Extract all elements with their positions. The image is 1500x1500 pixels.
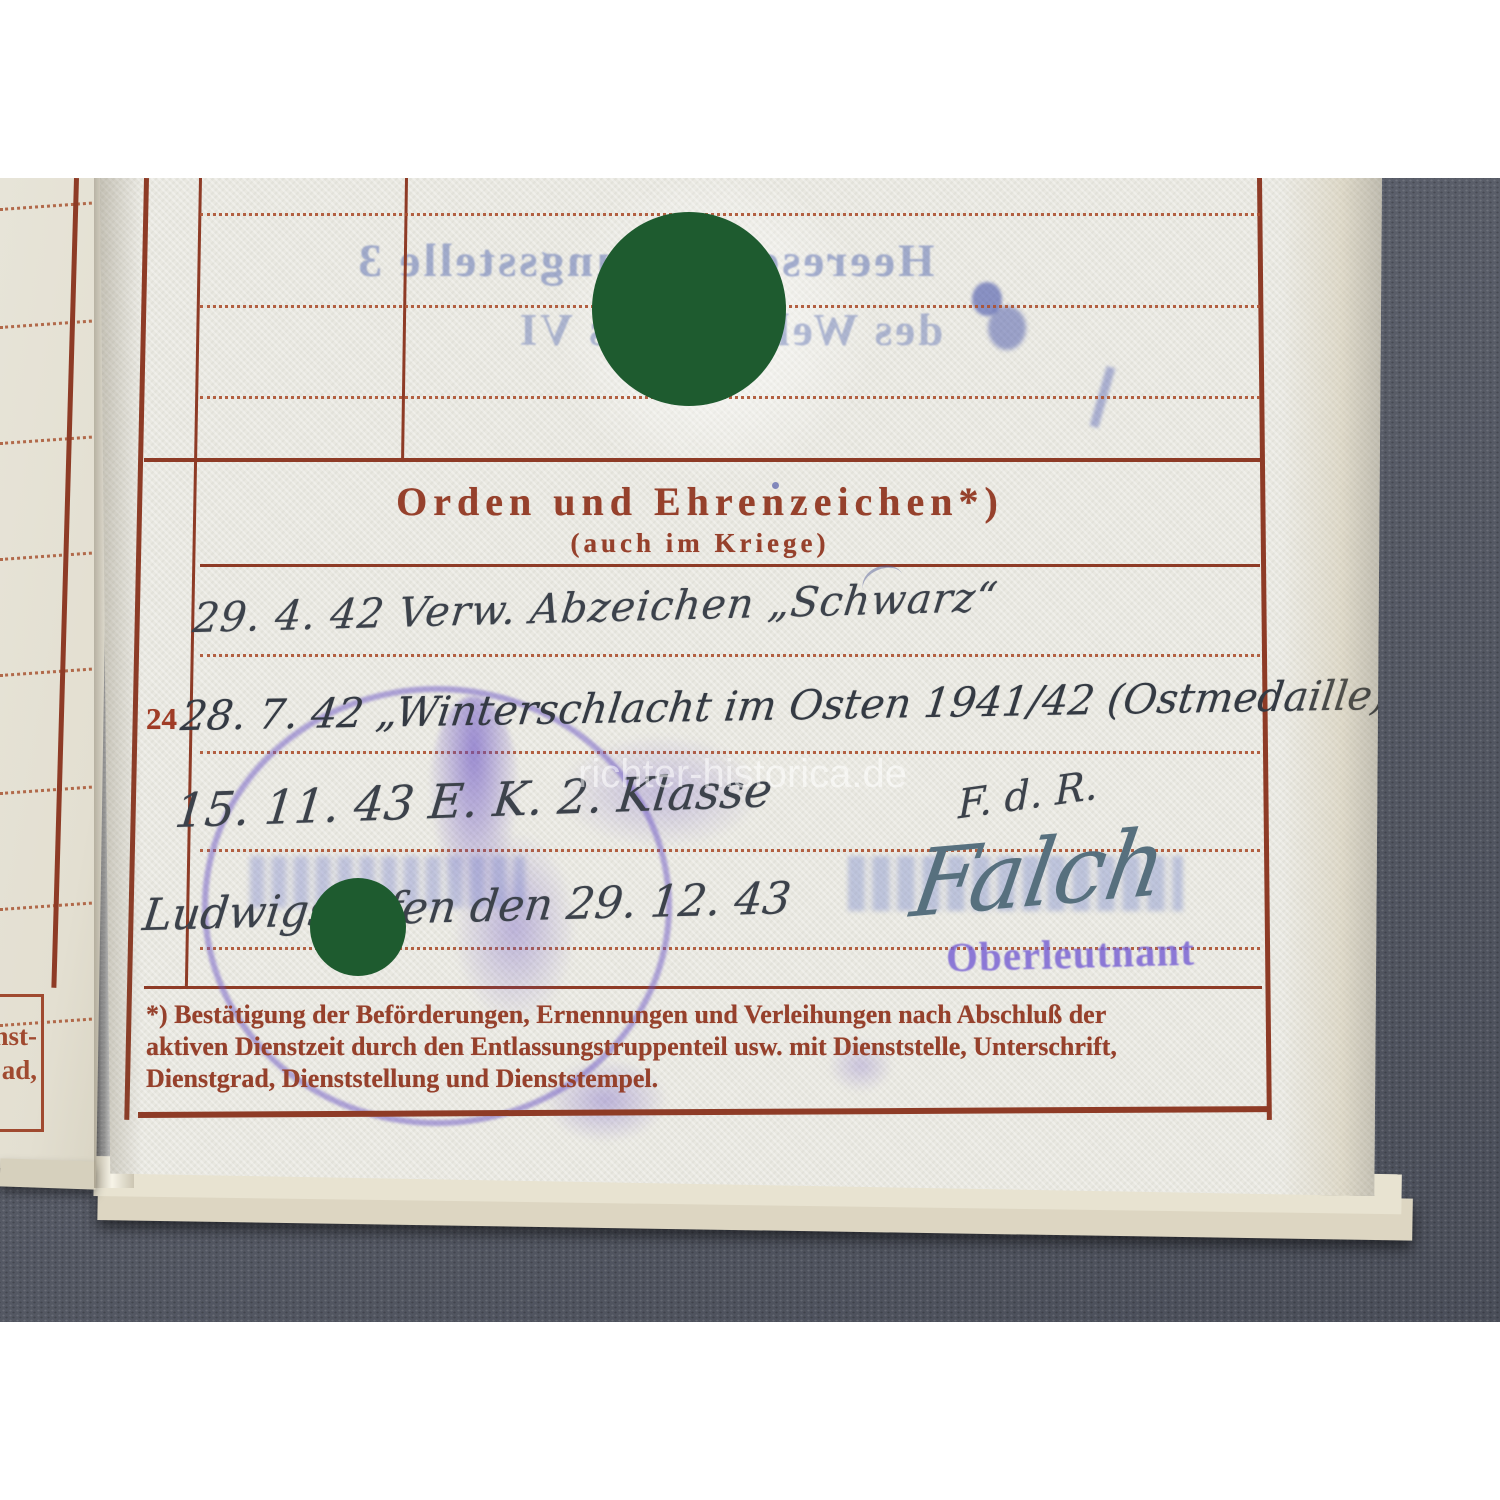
ruled-dotted-line — [0, 902, 92, 911]
heading-underline — [200, 564, 1260, 567]
section-divider-line — [144, 458, 1262, 462]
ruled-dotted-line — [200, 654, 1260, 657]
photo-of-wehrpass-page: nst- ad, Heeresentlassungsstelle 3 des W… — [0, 0, 1500, 1500]
ruled-dotted-line — [0, 552, 92, 561]
award-entry-2: 28. 7. 42 „Winterschlacht im Osten 1941/… — [178, 671, 1391, 740]
footnote-line1: *) Bestätigung der Beförderungen, Ernenn… — [146, 1000, 1106, 1030]
page-bottom-border — [138, 1106, 1268, 1118]
previous-page-stack-edge — [0, 1158, 96, 1189]
footnote-fragment: nst- — [0, 1021, 37, 1051]
award-entry-1: 29. 4. 42 Verw. Abzeichen „Schwarz“ — [191, 573, 1001, 642]
ruled-dotted-line — [0, 436, 92, 445]
section-title: Orden und Ehrenzeichen*) — [390, 478, 1010, 525]
watermark-text: richter-historica.de — [578, 752, 907, 797]
footnote-fragment: ad, — [2, 1055, 37, 1085]
red-rule-line — [51, 178, 79, 988]
margin-number: 24 — [146, 701, 177, 737]
outer-left-border — [124, 178, 149, 1120]
officer-signature: Falch — [905, 808, 1174, 939]
inner-left-border — [185, 178, 202, 988]
rank-stamp: Oberleutnant — [945, 927, 1195, 981]
censor-dot-large — [592, 212, 786, 406]
right-border — [1257, 178, 1272, 1120]
left-page-footnote-box: nst- ad, — [0, 994, 44, 1132]
wehrpass-awards-page: Heeresentlassungsstelle 3 des Wehrkreise… — [100, 178, 1382, 1196]
ruled-dotted-line — [0, 786, 92, 795]
section-subtitle: (auch im Kriege) — [390, 528, 1010, 559]
photo-area-fabric-background: nst- ad, Heeresentlassungsstelle 3 des W… — [0, 178, 1500, 1322]
ruled-dotted-line — [0, 320, 92, 329]
footnote-line2: aktiven Dienstzeit durch den Entlassungs… — [146, 1032, 1117, 1062]
top-column-divider — [401, 178, 408, 459]
ink-blot — [988, 306, 1026, 350]
censor-dot-small — [310, 878, 406, 976]
footnote-line3: Dienstgrad, Dienststellung und Dienstste… — [146, 1064, 658, 1094]
ruled-dotted-line — [200, 213, 1260, 216]
ruled-dotted-line — [0, 668, 92, 677]
